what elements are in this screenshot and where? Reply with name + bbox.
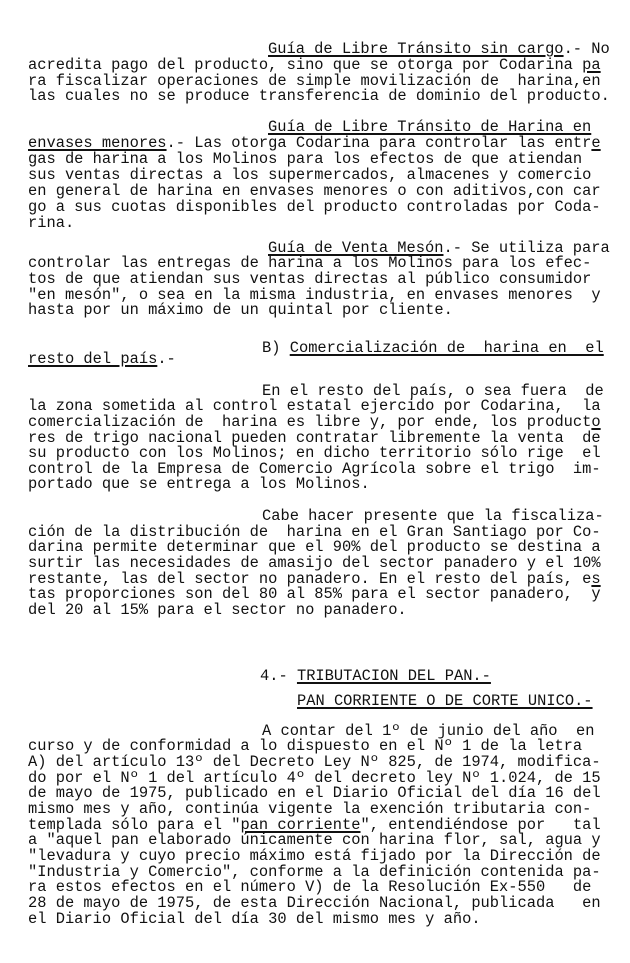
text-line: mismo mes y año, continúa vigente la exe…: [28, 801, 591, 817]
text-run: rina.: [28, 214, 74, 232]
text-line: envases menores.- Las otorga Codarina pa…: [28, 135, 601, 151]
text-line: B) Comercialización de harina en el: [262, 340, 604, 356]
text-line: las cuales no se produce transferencia d…: [28, 88, 610, 104]
text-run: go a sus cuotas disponibles del producto…: [28, 198, 601, 216]
text-line: comercialización de harina es libre y, p…: [28, 414, 601, 430]
text-line: la zona sometida al control estatal ejer…: [28, 398, 601, 414]
text-line: del 20 al 15% para el sector no panadero…: [28, 602, 407, 618]
text-line: curso y de conformidad a lo dispuesto en…: [28, 738, 582, 754]
text-line: su producto con los Molinos; en dicho te…: [28, 445, 601, 461]
text-line: ra estos efectos en el número V) de la R…: [28, 879, 591, 895]
text-line: 28 de mayo de 1975, de esta Dirección Na…: [28, 895, 601, 911]
underlined-text: e: [591, 134, 600, 152]
underlined-text: PAN CORRIENTE O DE CORTE UNICO.-: [297, 692, 593, 710]
text-line: "levadura y cuyo precio máximo está fija…: [28, 848, 601, 864]
text-line: tas proporciones son del 80 al 85% para …: [28, 586, 601, 602]
underlined-text: Comercialización de harina en el: [290, 339, 604, 357]
text-line: A) del artículo 13º del Decreto Ley Nº 8…: [28, 754, 601, 770]
text-line: a "aquel pan elaborado únicamente con ha…: [28, 832, 601, 848]
text-run: hasta por un máximo de un quintal por cl…: [28, 301, 453, 319]
text-run: 4.-: [260, 667, 297, 685]
text-line: controlar las entregas de harina a los M…: [28, 255, 591, 271]
text-line: portado que se entrega a los Molinos.: [28, 476, 370, 492]
text-line: Guía de Libre Tránsito de Harina en: [268, 119, 591, 135]
text-line: hasta por un máximo de un quintal por cl…: [28, 302, 453, 318]
text-line: rina.: [28, 215, 74, 231]
text-line: PAN CORRIENTE O DE CORTE UNICO.-: [297, 693, 593, 709]
text-line: en general de harina en envases menores …: [28, 183, 601, 199]
text-line: surtir las necesidades de amasijo del se…: [28, 555, 601, 571]
text-line: gas de harina a los Molinos para los efe…: [28, 151, 582, 167]
text-line: darina permite determinar que el 90% del…: [28, 539, 601, 555]
text-line: acredita pago del producto, sino que se …: [28, 57, 601, 73]
text-line: resto del país.-: [28, 351, 176, 367]
text-run: el Diario Oficial del día 30 del mismo m…: [28, 910, 481, 928]
text-run: .-: [157, 350, 175, 368]
text-line: sus ventas directas a los supermercados,…: [28, 167, 591, 183]
text-run: del 20 al 15% para el sector no panadero…: [28, 601, 407, 619]
text-line: go a sus cuotas disponibles del producto…: [28, 199, 601, 215]
text-line: de mayo de 1975, publicado en el Diario …: [28, 785, 601, 801]
text-run: portado que se entrega a los Molinos.: [28, 475, 370, 493]
underlined-text: resto del país: [28, 350, 157, 368]
text-line: Cabe hacer presente que la fiscaliza-: [262, 508, 604, 524]
text-line: 4.- TRIBUTACION DEL PAN.-: [260, 668, 491, 684]
text-run: las cuales no se produce transferencia d…: [28, 87, 610, 105]
text-line: tos de que atiendan sus ventas directas …: [28, 271, 591, 287]
text-line: Guía de Libre Tránsito sin cargo.- No: [268, 41, 610, 57]
underlined-text: TRIBUTACION DEL PAN.-: [297, 667, 491, 685]
text-run: B): [262, 339, 290, 357]
text-line: el Diario Oficial del día 30 del mismo m…: [28, 911, 481, 927]
document-page: Guía de Libre Tránsito sin cargo.- Noacr…: [0, 0, 630, 963]
